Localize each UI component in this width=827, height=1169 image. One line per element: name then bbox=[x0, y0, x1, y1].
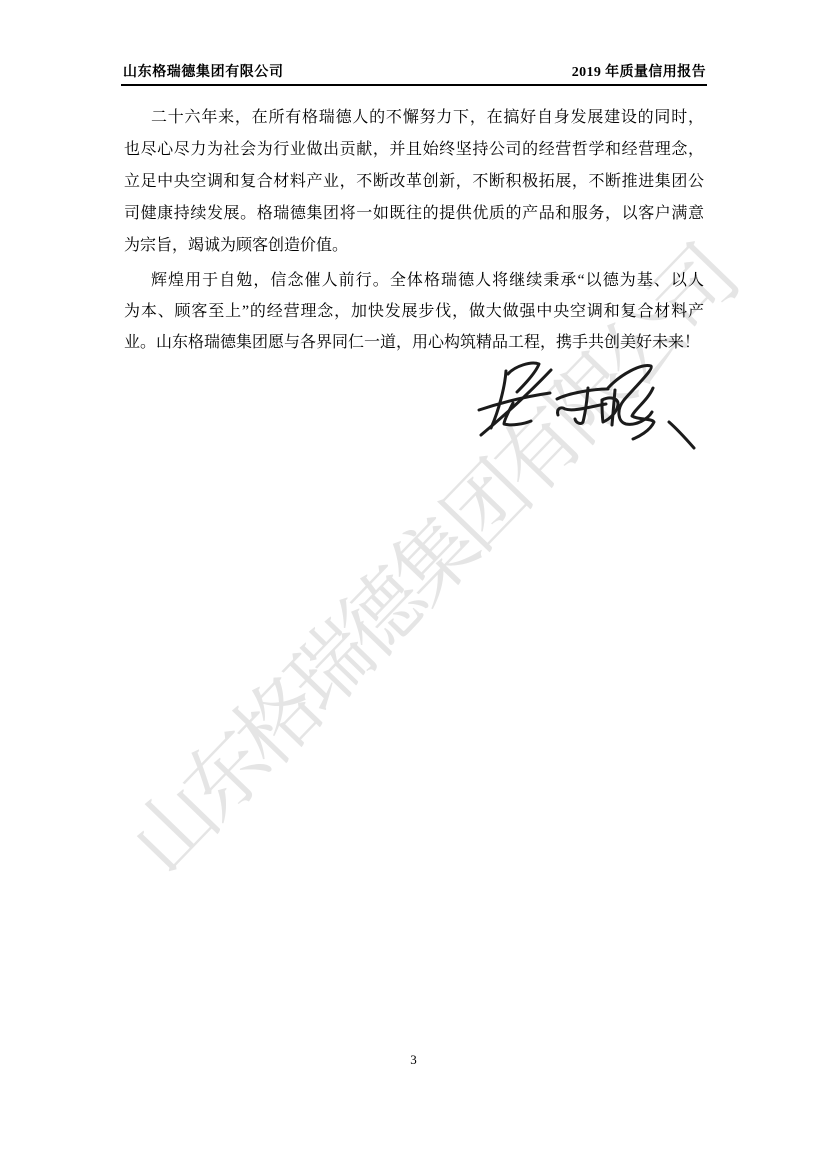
document-page: 山东格瑞德集团有限公司 山东格瑞德集团有限公司 2019 年质量信用报告 二十六… bbox=[0, 0, 827, 1169]
text-line: 为宗旨，竭诚为顾客创造价值。 bbox=[124, 230, 704, 262]
paragraph-2: 辉煌用于自勉，信念催人前行。全体格瑞德人将继续秉承“以德为基、以人 为本、顾客至… bbox=[124, 265, 704, 358]
text-line: 为本、顾客至上”的经营理念，加快发展步伐，做大做强中央空调和复合材料产 bbox=[124, 296, 704, 327]
page-number: 3 bbox=[0, 1052, 827, 1068]
text-line: 也尽心尽力为社会为行业做出贡献，并且始终坚持公司的经营哲学和经营理念， bbox=[124, 134, 704, 166]
paragraph-1: 二十六年来，在所有格瑞德人的不懈努力下，在搞好自身发展建设的同时， 也尽心尽力为… bbox=[124, 102, 704, 262]
text-line: 司健康持续发展。格瑞德集团将一如既往的提供优质的产品和服务，以客户满意 bbox=[124, 198, 704, 230]
text-line: 业。山东格瑞德集团愿与各界同仁一道，用心构筑精品工程，携手共创美好未来！ bbox=[124, 327, 704, 358]
text-line: 二十六年来，在所有格瑞德人的不懈努力下，在搞好自身发展建设的同时， bbox=[124, 102, 704, 134]
handwritten-signature bbox=[475, 358, 705, 458]
signature-strokes bbox=[479, 363, 694, 448]
text-line: 立足中央空调和复合材料产业，不断改革创新，不断积极拓展，不断推进集团公 bbox=[124, 166, 704, 198]
text-line: 辉煌用于自勉，信念催人前行。全体格瑞德人将继续秉承“以德为基、以人 bbox=[124, 265, 704, 296]
header-rule bbox=[121, 84, 707, 86]
body-text: 二十六年来，在所有格瑞德人的不懈努力下，在搞好自身发展建设的同时， 也尽心尽力为… bbox=[124, 102, 704, 358]
header-report-title: 2019 年质量信用报告 bbox=[123, 61, 706, 81]
